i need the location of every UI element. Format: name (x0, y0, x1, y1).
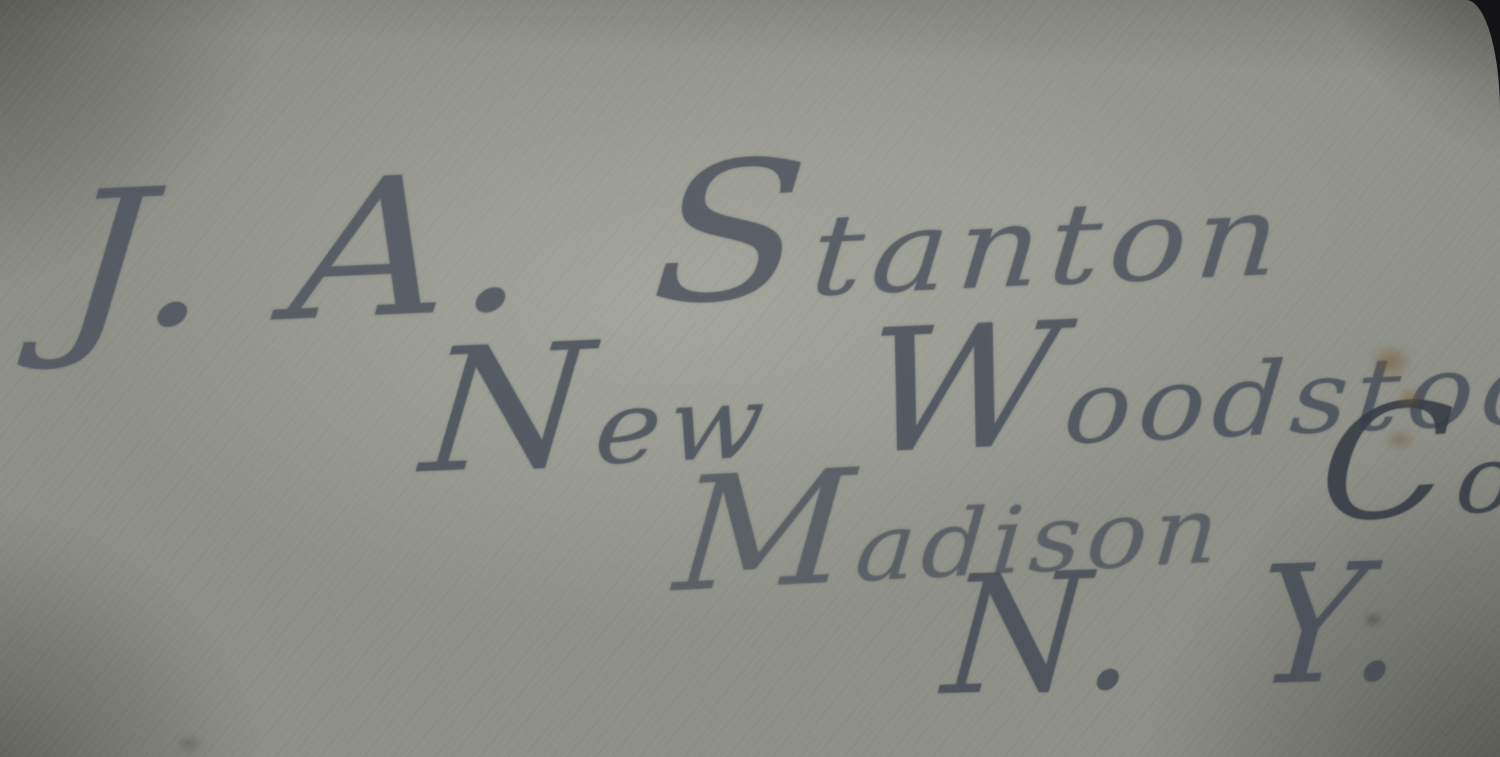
card-back: J. A. Stanton New Woodstock Madison Co. … (0, 0, 1500, 757)
inscription-county-abbر: Co. (1315, 375, 1500, 545)
photograph: J. A. Stanton New Woodstock Madison Co. … (0, 0, 1500, 757)
inscription-state-line: N. Y. (939, 541, 1418, 719)
inscription-first-initial: J. (55, 160, 227, 358)
smudge-mark-bottom (176, 736, 202, 752)
inscription-state-initial-y: Y. (1252, 541, 1419, 710)
inscription-state-initial-n: N. (939, 549, 1151, 719)
